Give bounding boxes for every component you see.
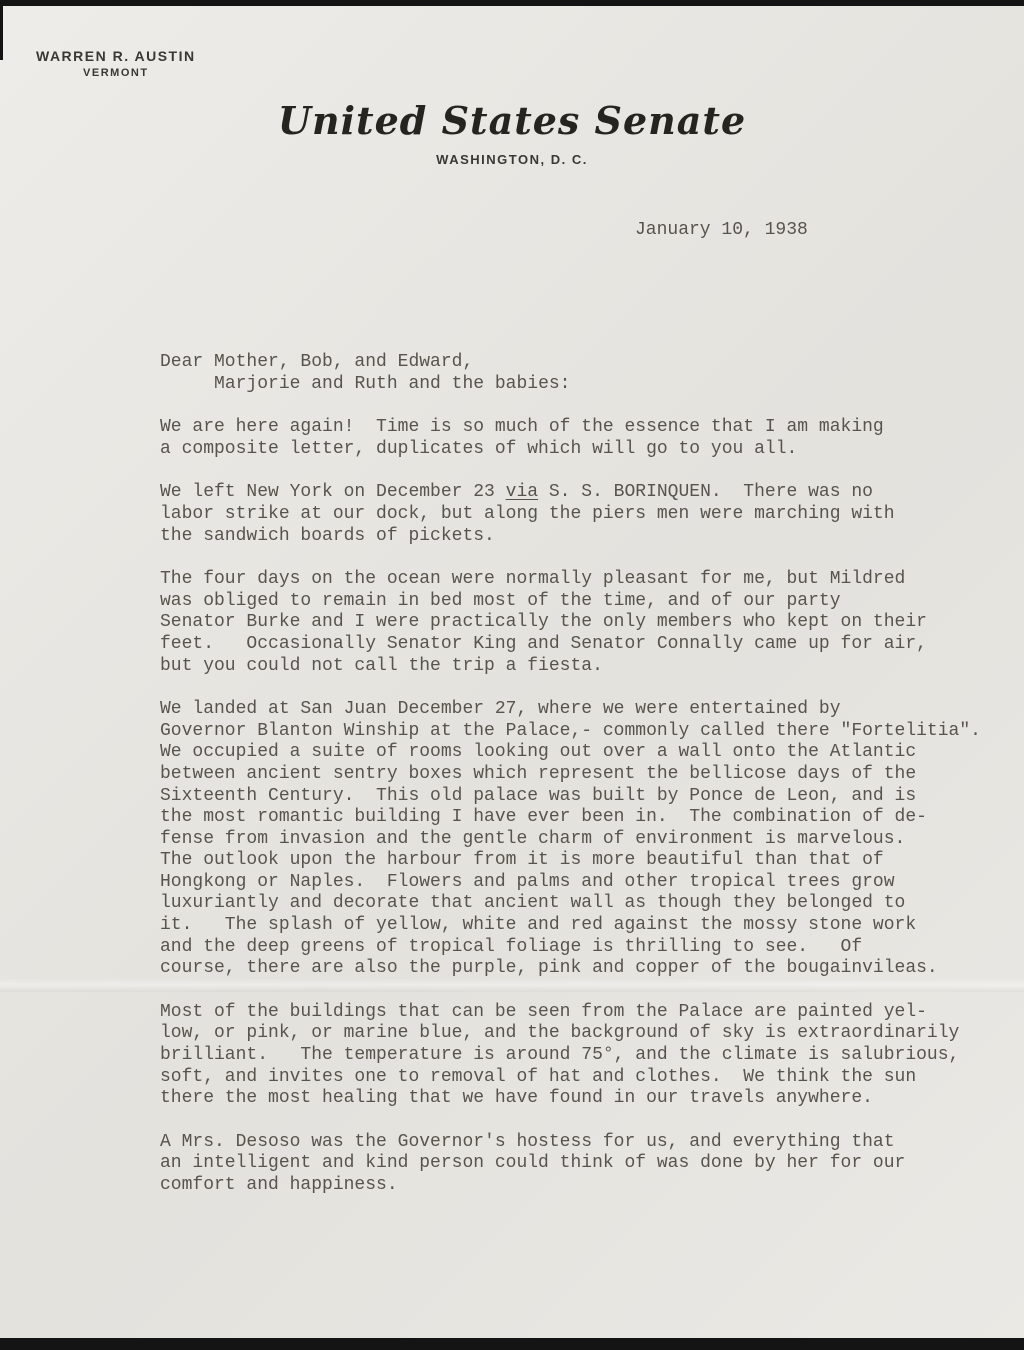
underlined-word-via: via xyxy=(506,482,538,502)
paragraph-4: We landed at San Juan December 27, where… xyxy=(160,699,990,980)
paragraph-2-line1-pre: We left New York on December 23 xyxy=(160,482,506,502)
letterhead-title: United States Senate xyxy=(0,98,1024,143)
sender-state: VERMONT xyxy=(36,67,196,79)
paragraph-1: We are here again! Time is so much of th… xyxy=(160,417,990,460)
paragraph-2-line1-post: S. S. BORINQUEN. There was no xyxy=(538,482,873,502)
paragraph-6: A Mrs. Desoso was the Governor's hostess… xyxy=(160,1132,990,1197)
paragraph-5: Most of the buildings that can be seen f… xyxy=(160,1002,990,1110)
letter-scan-page: WARREN R. AUSTIN VERMONT United States S… xyxy=(0,0,1024,1350)
sender-block: WARREN R. AUSTIN VERMONT xyxy=(36,48,196,79)
sender-name: WARREN R. AUSTIN xyxy=(36,48,196,64)
salutation: Dear Mother, Bob, and Edward, Marjorie a… xyxy=(160,352,990,395)
letterhead-city: WASHINGTON, D. C. xyxy=(0,152,1024,167)
scan-edge-bottom xyxy=(0,1338,1024,1350)
date-line: January 10, 1938 xyxy=(635,220,808,240)
letter-body: Dear Mother, Bob, and Edward, Marjorie a… xyxy=(160,352,990,1219)
paragraph-2-rest: labor strike at our dock, but along the … xyxy=(160,504,990,547)
letterhead: United States Senate WASHINGTON, D. C. xyxy=(0,98,1024,167)
paragraph-2: We left New York on December 23 via S. S… xyxy=(160,482,990,547)
scan-edge-left xyxy=(0,0,3,60)
scan-edge-top xyxy=(0,0,1024,6)
paragraph-3: The four days on the ocean were normally… xyxy=(160,569,990,677)
